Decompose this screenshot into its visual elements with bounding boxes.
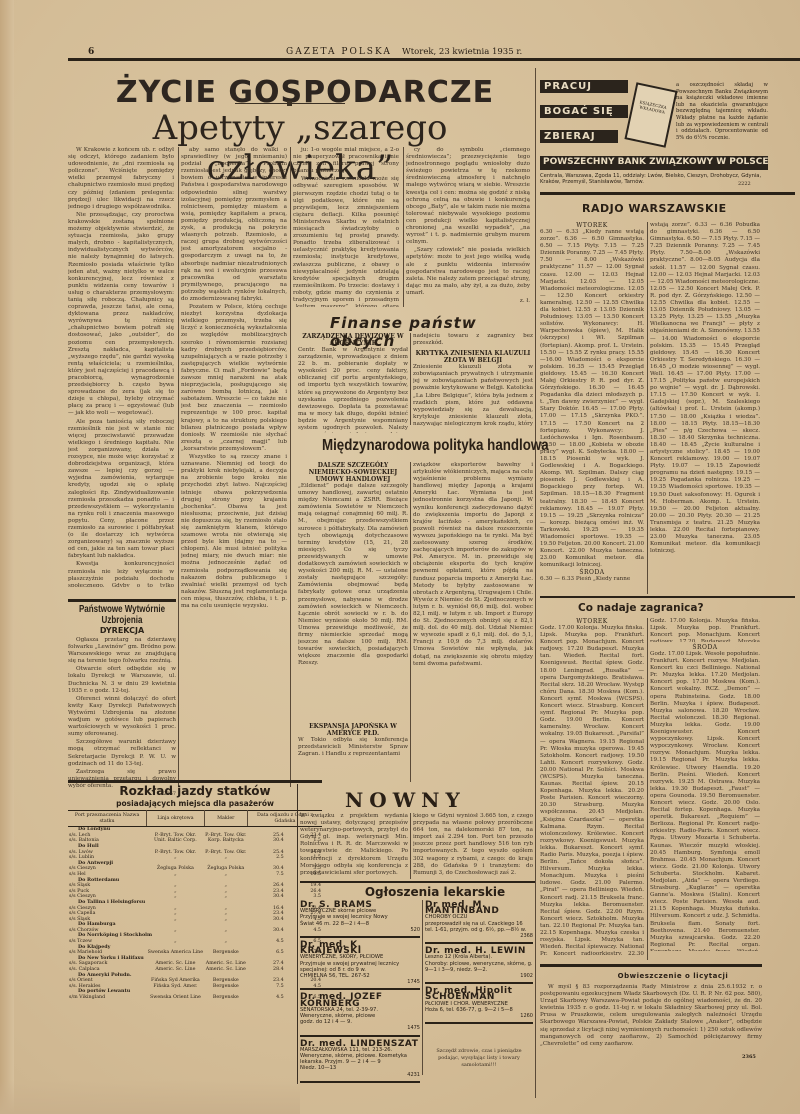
pwu-title: Państwowe Wytwórnie [79,604,165,615]
pwu-ad: Państwowe Wytwórnie Uzbrojenia DYREKCJA … [68,604,176,780]
subheading: EKSPANSJA JAPOŃSKA W AMERYCE PŁD. [298,723,408,737]
masthead: GAZETA POLSKA [286,47,392,57]
ship-table: Port przeznaczenia Nazwa statkuLinja okr… [68,810,322,1001]
table-row: s/m VikinglandSwenska Orient LineBergens… [68,995,322,1001]
day-label: WTOREK [540,222,644,229]
medical-title: Ogłoszenia lekarskie [330,885,540,899]
ad-word: ZBIERAJ [540,130,618,143]
doctor-ad: Dr. med. K. KRAJEWSKIWENERYCZNE, SKÓRY, … [300,940,420,990]
foreign-radio-title: Co nadaje zagranica? [578,602,704,614]
ornament-dot [287,101,292,106]
radio-title: RADJO WARSZAWSKIE [582,202,727,215]
auction-text: W myśl § 83 rozporządzenia Rady Ministró… [540,984,762,1048]
ad-code: 2222 [738,181,751,187]
article-col-2: aby samo stanęło do walki o sprawiedliwy… [181,147,287,787]
ad-word: PRACUJ [540,80,628,93]
column-header: Makler [204,811,247,827]
ship-title: Rozkład jazdy statków [68,784,322,798]
auction-title: Obwieszczenie o licytacji [555,972,791,980]
foreign-col-1: Godz. 17.00 Kolonja. Muzyka fińska. Lips… [540,625,644,955]
news-title: NOWNY [345,788,466,812]
medical-ads-left: Dr. S. BRAMSWENERYCZNE skórne płciowePrz… [300,900,420,1085]
subheading: DALSZE SZCZEGÓŁY NIEMIECKO-SOWIECKIEJ UM… [298,462,408,483]
article-col-4: cy do symbolu „ciemnego średniowiecza”; … [406,147,530,307]
ship-subtitle: posiadających miejsca dla pasażerów [68,799,322,808]
bank-name: POWSZECHNY BANK ZWIĄZKOWY W POLSCE S. A. [540,156,768,170]
section-title: ŻYCIE GOSPODARCZE [95,75,515,110]
medical-ads-right: Dr med. M. MANTINBANDCHOROBY OCZUprzepro… [425,900,533,1026]
page-number: 6 [88,47,94,57]
newspaper-page: 6 GAZETA POLSKA Wtorek, 23 kwietnia 1935… [0,0,800,1114]
subheading: KRYTYKA ZNIESIENIA KLAUZULI ZŁOTA W BELG… [413,350,533,364]
ship-schedule: Rozkład jazdy statków posiadających miej… [68,784,322,1001]
foreign-col-2: Godz. 17.00 Kolonja. Muzyka fińska. Lips… [650,618,760,642]
day-label: ŚRODA [540,569,644,576]
airmail-note: Szczędź zdrowie, czas i pieniądze podają… [425,1048,533,1069]
day-label: ŚRODA [650,644,760,651]
subheading: ZARZĄDZENIA DEWIZOWE W ARGENTYNIE [298,333,408,347]
savings-book-icon: KSIĄŻECZKA WKŁADOWA [624,82,677,147]
article-col-1: W Krakowie z końcem ub. r. odbył się odc… [68,147,174,587]
ad-code: 2365 [742,1054,756,1060]
radio-col-1: 6.30 — 6.33 „Kiedy ranne wstają zorze”. … [540,229,644,569]
column-header: Linja okrętowa [147,811,204,827]
bank-ad: PRACUJ BOGAĆ SIĘ ZBIERAJ KSIĄŻECZKA WKŁA… [540,78,798,186]
header-rule [68,58,800,61]
trade-title: Międzynarodowa polityka handlowa [322,437,513,455]
ad-word: BOGAĆ SIĘ [540,105,628,118]
article-col-3: ju: 1-o wogóle miał miejsce, a 2-o nie p… [293,147,399,307]
ad-description: a oszczędności składaj w Powszechnym Ban… [676,82,768,141]
doctor-ad: Dr. S. BRAMSWENERYCZNE skórne płciowePrz… [300,900,420,938]
doctor-ad: Dr. med. JÓZEF KORNBERGSENATORSKA 24, te… [300,992,420,1036]
radio-col-2: wstają zorze”. 6.33 — 6.36 Pobudka do gi… [650,222,760,594]
doctor-ad: Dr. med. Hipolit SCHOENMANPŁCIOWE I CHOR… [425,986,533,1024]
dateline: Wtorek, 23 kwietnia 1935 r. [402,47,522,57]
doctor-ad: Dr. med. H. LEWINLeszno 12 (Króla Albert… [425,946,533,984]
paper-edge [0,0,14,1114]
doctor-ad: Dr. med. LINDENSZATMARSZAŁKOWSKA 111, te… [300,1039,420,1083]
torn-edge [0,1080,300,1114]
doctor-ad: Dr med. M. MANTINBANDCHOROBY OCZUprzepro… [425,900,533,944]
article-signature: z. ł. [406,298,530,305]
day-label: WTOREK [540,618,644,625]
column-header: Port przeznaczenia Nazwa statku [68,811,147,827]
